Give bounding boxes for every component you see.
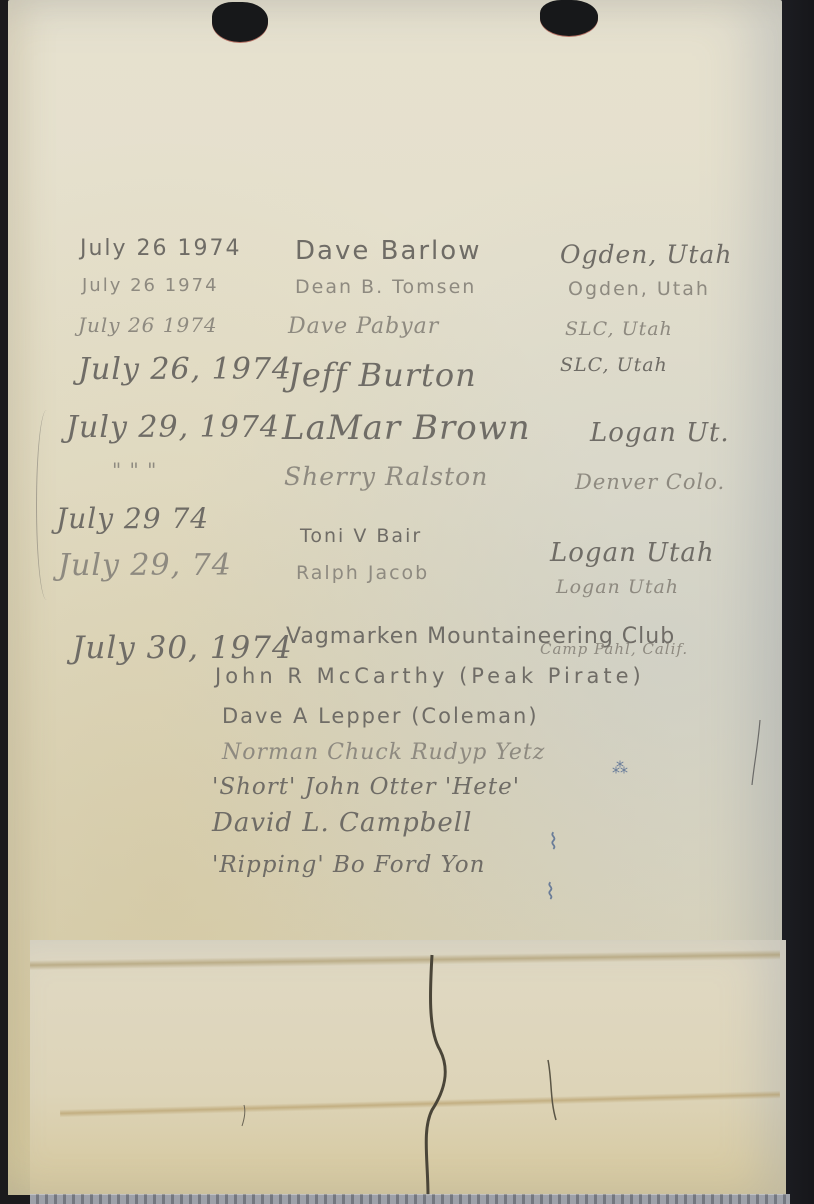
- entry-date: July 26 1974: [82, 275, 219, 296]
- entry-location: Denver Colo.: [575, 470, 725, 494]
- entry-location: Ogden, Utah: [560, 240, 732, 269]
- member-name: John R McCarthy (Peak Pirate): [215, 664, 645, 688]
- entry-location: Logan Ut.: [590, 418, 730, 448]
- member-name: Dave A Lepper (Coleman): [222, 704, 539, 728]
- binding-hole-right: [540, 0, 598, 36]
- brace-mark: [36, 410, 57, 600]
- entry-name: Jeff Burton: [288, 356, 477, 394]
- entry-date: July 29 74: [56, 502, 209, 535]
- club-location: Camp Pahl, Calif.: [540, 640, 688, 658]
- member-name: David L. Campbell: [212, 808, 472, 838]
- entry-location: Logan Utah: [550, 538, 715, 568]
- entry-date: July 26, 1974: [78, 352, 292, 387]
- entry-date: July 26 1974: [78, 313, 218, 337]
- entry-name: Dave Barlow: [295, 236, 481, 266]
- blue-ink-scribble: ⌇: [548, 830, 559, 855]
- entry-date: July 26 1974: [80, 236, 242, 261]
- binding-hole-left: [212, 2, 268, 42]
- entry-location: Logan Utah: [556, 576, 679, 598]
- scribble-mark: ⁂: [612, 758, 628, 777]
- entry-name: Ralph Jacob: [296, 562, 429, 584]
- entry-name: Toni V Bair: [300, 525, 422, 547]
- entry-date: " " ": [112, 458, 157, 482]
- group-entry-date: July 30, 1974: [72, 630, 293, 666]
- entry-name: LaMar Brown: [282, 408, 531, 448]
- entry-name: Dean B. Tomsen: [295, 276, 476, 298]
- member-name: 'Short' John Otter 'Hete': [212, 774, 520, 800]
- entry-name: Sherry Ralston: [284, 462, 488, 491]
- blue-ink-scribble: ⌇: [545, 880, 556, 905]
- entry-name: Dave Pabyar: [288, 314, 439, 339]
- entry-location: SLC, Utah: [560, 354, 668, 376]
- member-name: Norman Chuck Rudyp Yetz: [222, 740, 545, 765]
- entry-location: SLC, Utah: [565, 318, 673, 340]
- entry-date: July 29, 74: [58, 548, 232, 583]
- bottom-edge: [30, 1194, 790, 1204]
- entry-date: July 29, 1974: [66, 410, 280, 445]
- member-name: 'Ripping' Bo Ford Yon: [212, 852, 485, 878]
- lower-folded-sheet: [30, 940, 786, 1195]
- entry-location: Ogden, Utah: [568, 278, 710, 300]
